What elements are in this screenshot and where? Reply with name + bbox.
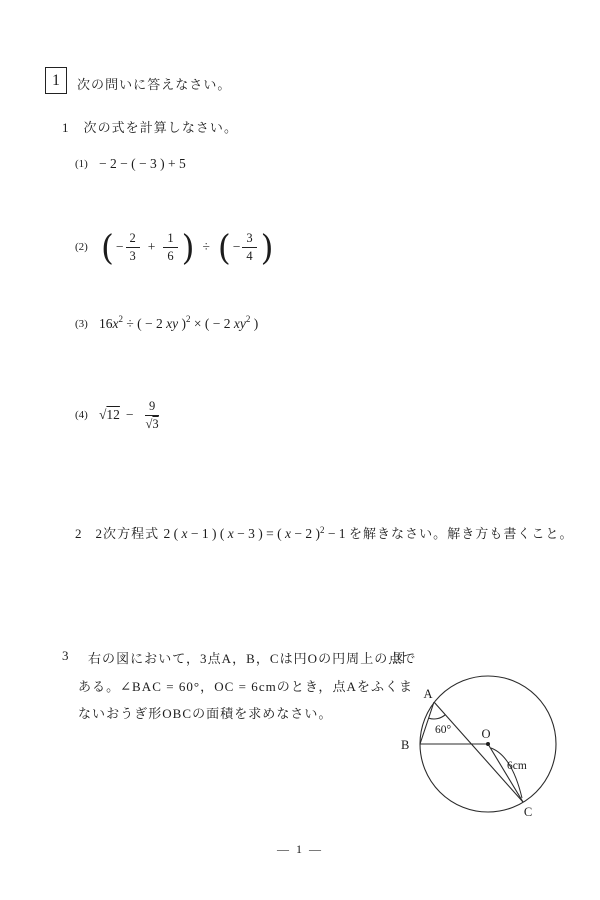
exponent: 2 xyxy=(119,314,124,324)
close-paren: ) xyxy=(178,316,186,332)
minus-sign: − xyxy=(126,407,134,423)
question-2-tail: を解きなさい。解き方も書くこと。 xyxy=(349,526,574,541)
question-2-equation: 2 ( x − 1 ) ( x − 3 ) = ( x − 2 )2 − 1 xyxy=(164,526,349,541)
variable-xy: xy xyxy=(234,316,246,332)
coefficient: 16 xyxy=(99,316,113,332)
exam-page: 1 次の問いに答えなさい。 1次の式を計算しなさい。 (1) − 2 − ( −… xyxy=(0,0,600,900)
open-paren: ( xyxy=(101,230,114,265)
expression-3-label: (3) xyxy=(75,318,99,330)
exponent: 2 xyxy=(186,314,191,324)
close-paren: ) xyxy=(182,230,195,265)
section-number: 1 xyxy=(52,72,60,90)
operator-divide: ÷ ( − 2 xyxy=(123,316,166,332)
open-paren: ( xyxy=(218,230,231,265)
expression-1: (1) − 2 − ( − 3 ) + 5 xyxy=(75,156,186,172)
fraction-three-fourths: 3 4 xyxy=(242,231,256,264)
chord-ac xyxy=(434,702,523,802)
plus-sign: + xyxy=(148,239,156,255)
fraction-two-thirds: 2 3 xyxy=(126,231,140,264)
question-1-heading: 1次の式を計算しなさい。 xyxy=(62,117,238,136)
question-3-line2: ある。∠BAC = 60°，OC = 6cmのとき，点Aをふくま xyxy=(78,676,413,695)
radius-length-label: 6cm xyxy=(507,760,527,772)
expression-1-label: (1) xyxy=(75,158,99,170)
exponent: 2 xyxy=(320,525,325,535)
angle-label: 60° xyxy=(435,724,452,736)
exponent: 2 xyxy=(246,314,251,324)
radical-sign: √ xyxy=(99,407,106,423)
point-label-o: O xyxy=(481,727,490,741)
question-3-line3: ないおうぎ形OBCの面積を求めなさい。 xyxy=(78,703,333,722)
expression-2: (2) ( − 2 3 + 1 6 ) ÷ ( − 3 4 ) xyxy=(75,225,276,269)
radicand-12: 12 xyxy=(106,407,120,423)
point-label-a: A xyxy=(423,687,432,701)
section-instruction: 次の問いに答えなさい。 xyxy=(77,74,231,93)
radius-oc xyxy=(488,744,523,802)
minus-sign: − xyxy=(233,239,241,255)
question-2-lead: 2次方程式 xyxy=(96,526,164,541)
divide-sign: ÷ xyxy=(203,239,210,255)
question-3-number: 3 xyxy=(62,648,69,664)
expression-1-body: − 2 − ( − 3 ) + 5 xyxy=(99,156,186,172)
expression-3: (3) 16x2 ÷ ( − 2 xy )2 × ( − 2 xy2 ) xyxy=(75,316,258,332)
radicand-3: 3 xyxy=(152,417,158,431)
section-number-box: 1 xyxy=(45,67,67,94)
radius-leader-curve xyxy=(491,748,522,798)
point-label-b: B xyxy=(401,738,409,752)
question-3-line1: 右の図において，3点A，B，Cは円Oの円周上の点で xyxy=(88,648,416,667)
variable-xy: xy xyxy=(166,316,178,332)
page-number: — 1 — xyxy=(0,842,600,857)
minus-sign: − xyxy=(116,239,124,255)
expression-4: (4) √12 − 9 √3 xyxy=(75,393,165,437)
close-paren: ) xyxy=(261,230,274,265)
fraction-nine-over-root-three: 9 √3 xyxy=(142,399,163,432)
question-2: 22次方程式 2 ( x − 1 ) ( x − 3 ) = ( x − 2 )… xyxy=(62,507,574,558)
fraction-one-sixth: 1 6 xyxy=(163,231,177,264)
close-paren: ) xyxy=(250,316,258,332)
expression-2-label: (2) xyxy=(75,241,99,253)
chord-ab xyxy=(420,702,434,744)
expression-4-label: (4) xyxy=(75,409,99,421)
point-label-c: C xyxy=(524,805,532,819)
question-1-prompt: 次の式を計算しなさい。 xyxy=(84,120,238,135)
angle-arc xyxy=(429,715,446,719)
center-dot xyxy=(486,742,490,746)
operator-times: × ( − 2 xyxy=(191,316,234,332)
question-2-number: 2 xyxy=(75,526,82,541)
circle-figure: A B C O 60° 6cm xyxy=(395,652,585,827)
question-1-number: 1 xyxy=(62,120,70,135)
